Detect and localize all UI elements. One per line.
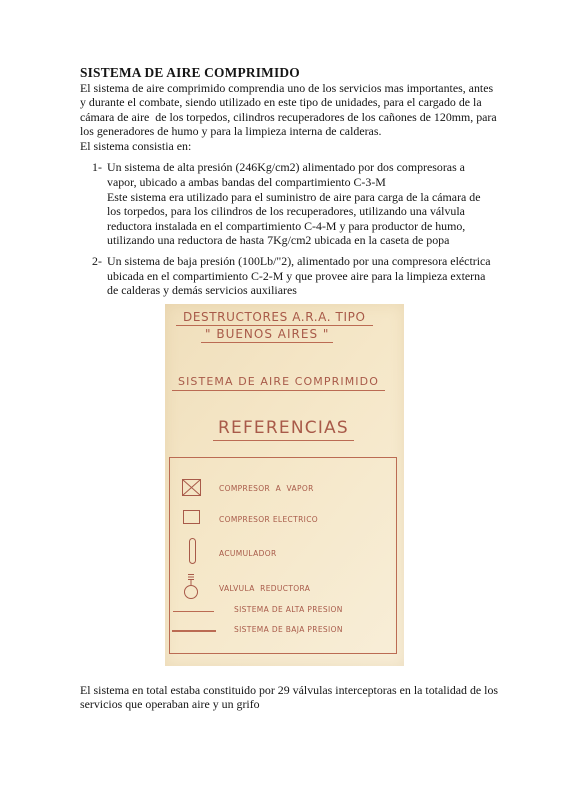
intro-paragraph: El sistema de aire comprimido comprendia… xyxy=(80,81,510,154)
legend-label: SISTEMA DE BAJA PRESION xyxy=(234,625,343,634)
legend-label: ACUMULADOR xyxy=(219,549,277,558)
accumulator-icon xyxy=(189,538,196,564)
references-heading: REFERENCIAS xyxy=(213,418,354,441)
text-line: vapor, ubicado a ambas bandas del compar… xyxy=(107,175,510,190)
text-line: y durante el combate, siendo utilizado e… xyxy=(80,95,510,110)
text-line: El sistema de aire comprimido comprendia… xyxy=(80,81,510,96)
legend-label: COMPRESOR ELECTRICO xyxy=(219,515,318,524)
closing-paragraph: El sistema en total estaba constituido p… xyxy=(80,683,510,712)
legend-label: VALVULA REDUCTORA xyxy=(219,584,310,593)
text-line: los generadores de humo y para la limpie… xyxy=(80,124,510,139)
text-line: Un sistema de baja presión (100Lb/"2), a… xyxy=(107,254,510,269)
text-line: los torpedos, para los cilindros de los … xyxy=(107,204,510,219)
legend-label: COMPRESOR A VAPOR xyxy=(219,484,314,493)
list-marker: 2- xyxy=(92,254,102,269)
text-line: servicios que operaban aire y un grifo xyxy=(80,697,510,712)
legend-box: COMPRESOR A VAPOR COMPRESOR ELECTRICO AC… xyxy=(169,457,397,654)
list-marker: 1- xyxy=(92,160,102,175)
text-line: de calderas y demás servicios auxiliares xyxy=(107,283,510,298)
diagram-subtitle: SISTEMA DE AIRE COMPRIMIDO xyxy=(172,375,385,391)
document-body: SISTEMA DE AIRE COMPRIMIDO El sistema de… xyxy=(80,65,510,712)
text-line: El sistema en total estaba constituido p… xyxy=(80,683,510,698)
text-line: Un sistema de alta presión (246Kg/cm2) a… xyxy=(107,160,510,175)
text-line: utilizando una reductora de hasta 7Kg/cm… xyxy=(107,233,510,248)
text-line: reductora instalada en el compartimiento… xyxy=(107,219,510,234)
diagram-title-line1: DESTRUCTORES A.R.A. TIPO xyxy=(176,310,373,326)
low-pressure-line-icon xyxy=(172,630,216,632)
list-item-1: 1- Un sistema de alta presión (246Kg/cm2… xyxy=(80,160,510,248)
legend-label: SISTEMA DE ALTA PRESION xyxy=(234,605,343,614)
text-line: ubicada en el compartimiento C-2-M y que… xyxy=(107,269,510,284)
text-line: El sistema consistia en: xyxy=(80,139,510,154)
text-line: Este sistema era utilizado para el sumin… xyxy=(107,190,510,205)
steam-compressor-icon xyxy=(182,479,201,496)
text-line: cámara de aire de los torpedos, cilindro… xyxy=(80,110,510,125)
document-title: SISTEMA DE AIRE COMPRIMIDO xyxy=(80,65,510,81)
scanned-diagram: DESTRUCTORES A.R.A. TIPO " BUENOS AIRES … xyxy=(165,304,404,666)
document-page: SISTEMA DE AIRE COMPRIMIDO El sistema de… xyxy=(0,0,566,800)
diagram-title-line2: " BUENOS AIRES " xyxy=(201,327,333,343)
high-pressure-line-icon xyxy=(173,611,214,612)
electric-compressor-icon xyxy=(183,510,200,524)
list-item-2: 2- Un sistema de baja presión (100Lb/"2)… xyxy=(80,254,510,298)
reducing-valve-icon xyxy=(183,573,199,600)
